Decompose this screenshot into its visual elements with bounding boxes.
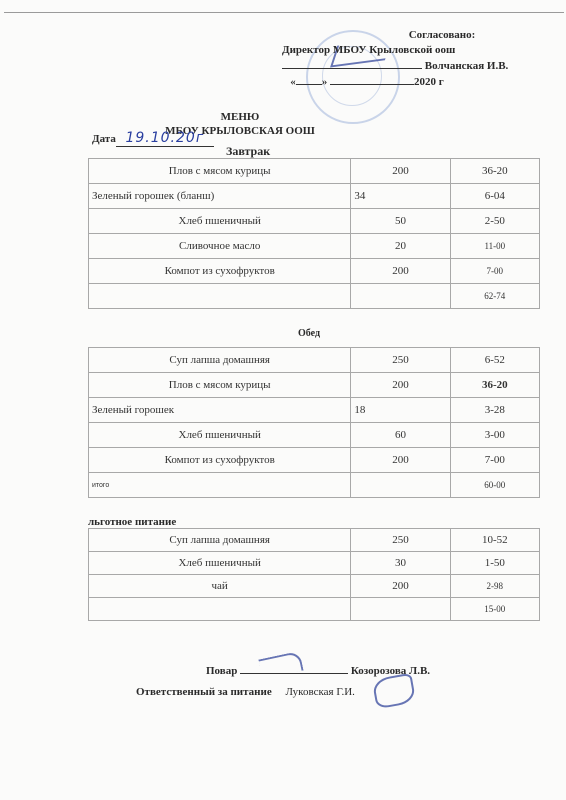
dish-price: 6-04 xyxy=(450,184,539,209)
dish-qty xyxy=(351,473,450,498)
dish-price: 2-50 xyxy=(450,209,539,234)
dish-price: 3-00 xyxy=(450,423,539,448)
approval-name-line: Волчанская И.В. xyxy=(282,58,542,74)
dish-price: 11-00 xyxy=(450,234,539,259)
dish-qty xyxy=(351,284,450,309)
breakfast-table: Плов с мясом курицы 200 36-20 Зеленый го… xyxy=(88,158,540,309)
dish-name: Суп лапша домашняя xyxy=(89,348,351,373)
dish-price: 6-52 xyxy=(450,348,539,373)
dish-qty: 250 xyxy=(351,529,450,552)
total-row: итого 60-00 xyxy=(89,473,540,498)
dish-price: 10-52 xyxy=(450,529,539,552)
dish-name: Плов с мясом курицы xyxy=(89,373,351,398)
total-price: 62-74 xyxy=(450,284,539,309)
date-line: Дата19.10.20г xyxy=(92,130,214,147)
table-row: Хлеб пшеничный 30 1-50 xyxy=(89,552,540,575)
dish-price: 1-50 xyxy=(450,552,539,575)
dish-qty: 50 xyxy=(351,209,450,234)
benefit-title: льготное питание xyxy=(88,516,176,528)
total-price: 15-00 xyxy=(450,598,539,621)
dish-qty: 200 xyxy=(351,575,450,598)
table-row: Компот из сухофруктов 200 7-00 xyxy=(89,448,540,473)
table-row: Плов с мясом курицы 200 36-20 xyxy=(89,159,540,184)
approval-year: 2020 г xyxy=(414,76,444,88)
table-row: Хлеб пшеничный 60 3-00 xyxy=(89,423,540,448)
top-rule xyxy=(4,12,564,13)
quote-close: » xyxy=(322,76,328,88)
dish-qty: 200 xyxy=(351,259,450,284)
dish-name: Плов с мясом курицы xyxy=(89,159,351,184)
dish-price: 7-00 xyxy=(450,259,539,284)
signature-underline xyxy=(282,58,422,69)
dish-name: Хлеб пшеничный xyxy=(89,209,351,234)
total-row: 62-74 xyxy=(89,284,540,309)
dish-price: 2-98 xyxy=(450,575,539,598)
responsible-line: Ответственный за питание Луковская Г.И. xyxy=(136,686,355,698)
breakfast-title: Завтрак xyxy=(226,144,270,159)
approval-title: Согласовано: xyxy=(282,28,542,43)
dish-price: 36-20 xyxy=(450,159,539,184)
table-row: Компот из сухофруктов 200 7-00 xyxy=(89,259,540,284)
dish-qty: 34 xyxy=(351,184,450,209)
day-blank xyxy=(296,74,322,85)
dish-price: 3-28 xyxy=(450,398,539,423)
table-row: Хлеб пшеничный 50 2-50 xyxy=(89,209,540,234)
dish-qty xyxy=(351,598,450,621)
dish-name xyxy=(89,284,351,309)
table-row: Суп лапша домашняя 250 6-52 xyxy=(89,348,540,373)
dish-name xyxy=(89,598,351,621)
dish-qty: 18 xyxy=(351,398,450,423)
dish-qty: 200 xyxy=(351,159,450,184)
dish-name: Хлеб пшеничный xyxy=(89,423,351,448)
lunch-table: Суп лапша домашняя 250 6-52 Плов с мясом… xyxy=(88,347,540,498)
cook-name: Козорозова Л.В. xyxy=(351,665,430,677)
approval-date-line: «» 2020 г xyxy=(282,74,542,90)
table-row: Сливочное масло 20 11-00 xyxy=(89,234,540,259)
cook-label: Повар xyxy=(206,665,237,677)
dish-qty: 250 xyxy=(351,348,450,373)
lunch-title: Обед xyxy=(298,328,320,339)
date-value: 19.10.20г xyxy=(116,130,214,147)
responsible-signature xyxy=(372,673,417,709)
date-label: Дата xyxy=(92,133,116,145)
menu-title: МЕНЮ xyxy=(150,110,330,124)
dish-name: Компот из сухофруктов xyxy=(89,448,351,473)
dish-name: Сливочное масло xyxy=(89,234,351,259)
dish-qty: 200 xyxy=(351,448,450,473)
dish-qty: 60 xyxy=(351,423,450,448)
dish-price: 7-00 xyxy=(450,448,539,473)
dish-name: Компот из сухофруктов xyxy=(89,259,351,284)
table-row: Зеленый горошек (бланш) 34 6-04 xyxy=(89,184,540,209)
table-row: чай 200 2-98 xyxy=(89,575,540,598)
responsible-label: Ответственный за питание xyxy=(136,686,272,698)
dish-qty: 30 xyxy=(351,552,450,575)
total-price: 60-00 xyxy=(450,473,539,498)
month-blank xyxy=(330,74,414,85)
dish-name: Зеленый горошек xyxy=(89,398,351,423)
dish-qty: 200 xyxy=(351,373,450,398)
responsible-name: Луковская Г.И. xyxy=(285,686,354,698)
benefit-table: Суп лапша домашняя 250 10-52 Хлеб пшенич… xyxy=(88,528,540,621)
dish-name: Суп лапша домашняя xyxy=(89,529,351,552)
dish-name: Зеленый горошек (бланш) xyxy=(89,184,351,209)
total-row: 15-00 xyxy=(89,598,540,621)
approval-block: Согласовано: Директор МБОУ Крыловской оо… xyxy=(282,28,542,90)
cook-signature-underline xyxy=(240,663,348,674)
dish-name: чай xyxy=(89,575,351,598)
table-row: Зеленый горошек 18 3-28 xyxy=(89,398,540,423)
total-label: итого xyxy=(89,473,351,498)
table-row: Суп лапша домашняя 250 10-52 xyxy=(89,529,540,552)
dish-qty: 20 xyxy=(351,234,450,259)
dish-price: 36-20 xyxy=(450,373,539,398)
dish-name: Хлеб пшеничный xyxy=(89,552,351,575)
approval-name: Волчанская И.В. xyxy=(425,60,509,72)
approval-position: Директор МБОУ Крыловской оош xyxy=(282,43,542,58)
table-row: Плов с мясом курицы 200 36-20 xyxy=(89,373,540,398)
